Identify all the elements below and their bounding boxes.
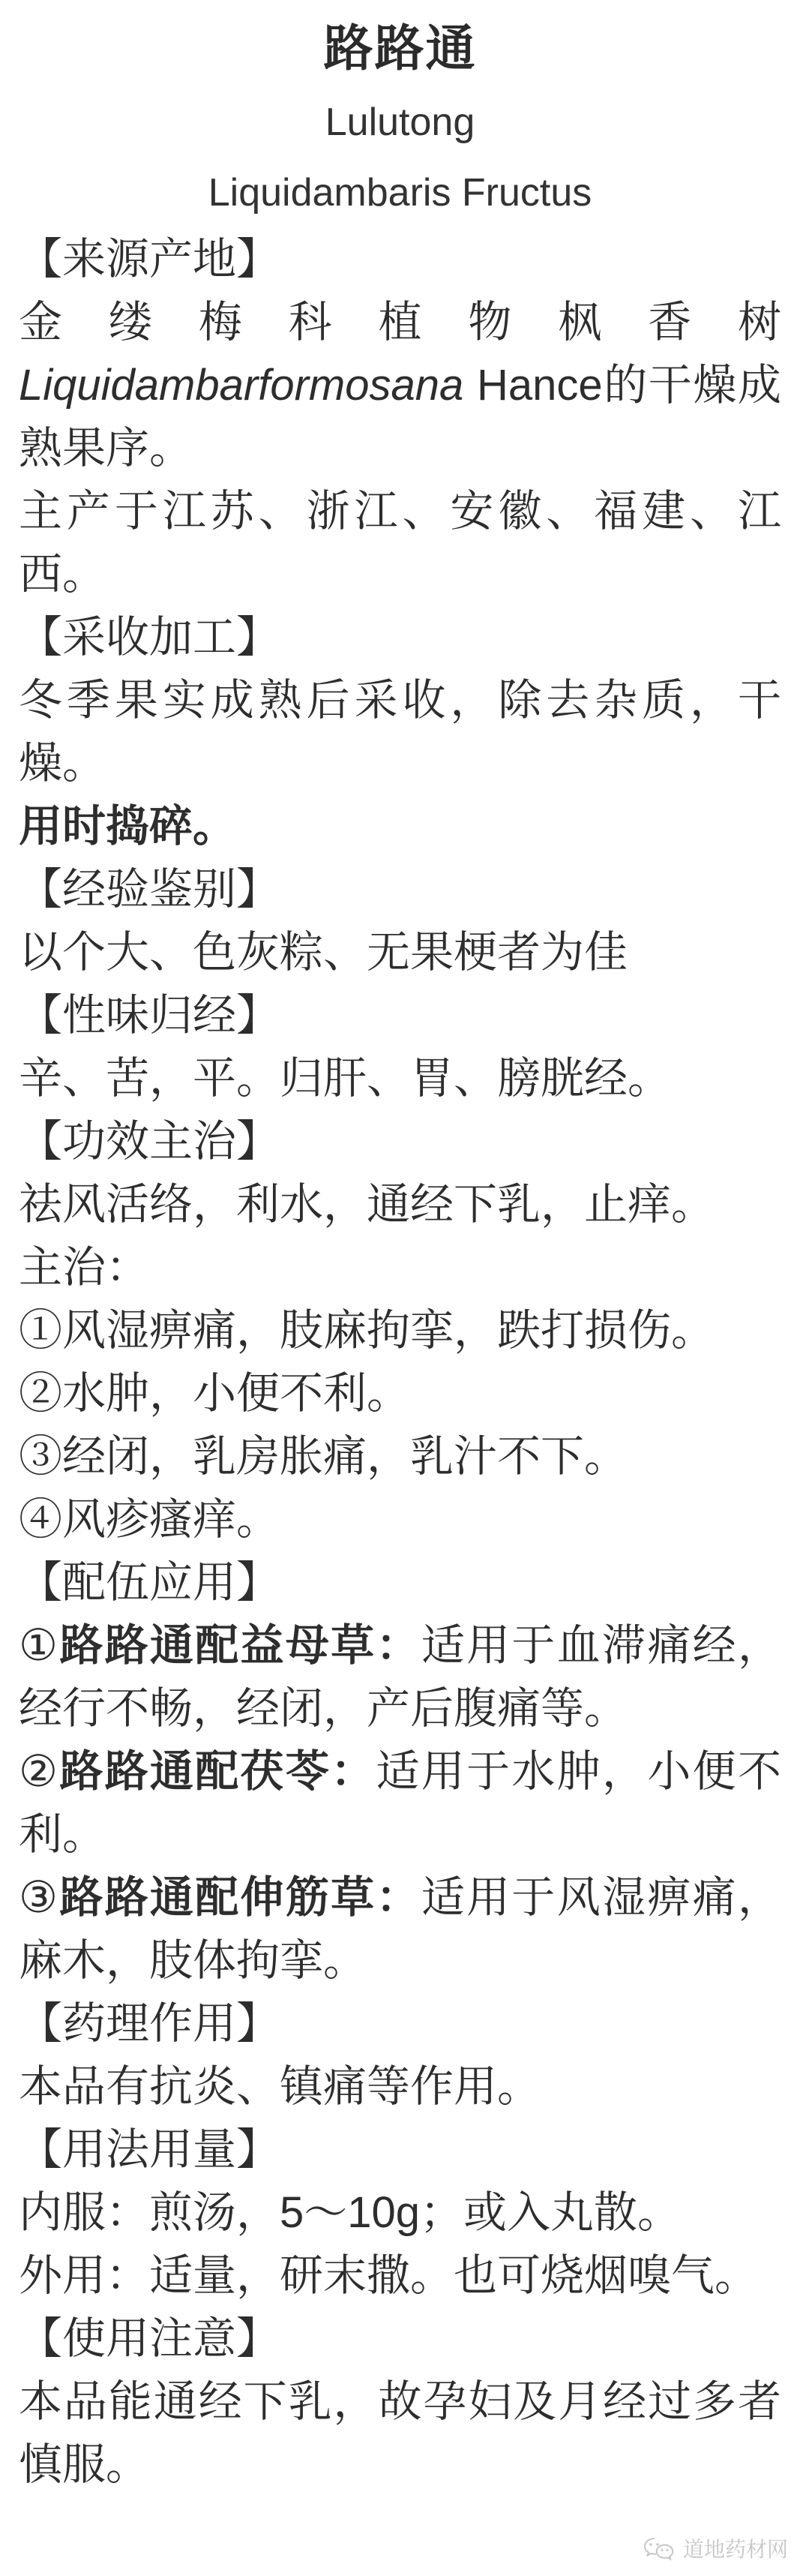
paragraph: 主产于江苏、浙江、安徽、福建、江西。	[19, 480, 781, 606]
section-heading: 【药理作用】	[19, 1992, 781, 2055]
section-heading: 【用法用量】	[19, 2118, 781, 2181]
paragraph: ④风疹瘙痒。	[19, 1488, 781, 1551]
paragraph: 冬季果实成熟后采收，除去杂质，干燥。	[19, 669, 781, 795]
page-title: 路路通	[19, 9, 781, 87]
text-run: 冬季果实成熟后采收，除去杂质，干燥。	[19, 676, 781, 788]
paragraph: 以个大、色灰粽、无果梗者为佳	[19, 921, 781, 984]
page-title-latin: Liquidambaris Fructus	[19, 158, 781, 228]
paragraph: ②路路通配茯苓：适用于水肿，小便不利。	[19, 1740, 781, 1866]
text-run: 金缕梅科植物枫香树	[19, 298, 781, 347]
text-run: 辛、苦，平。归肝、胃、膀胱经。	[19, 1054, 671, 1103]
paragraph: 内服：煎汤，5～10g；或入丸散。	[19, 2181, 781, 2244]
paragraph: 本品能通经下乳，故孕妇及月经过多者慎服。	[19, 2370, 781, 2496]
text-run: ②水肿，小便不利。	[19, 1369, 410, 1418]
text-run: 主治：	[19, 1243, 149, 1292]
paragraph: ①路路通配益母草：适用于血滞痛经，经行不畅，经闭，产后腹痛等。	[19, 1614, 781, 1740]
paragraph: ③路路通配伸筋草：适用于风湿痹痛，麻木，肢体拘挛。	[19, 1866, 781, 1992]
text-run: 以个大、色灰粽、无果梗者为佳	[19, 928, 628, 977]
paragraph: 本品有抗炎、镇痛等作用。	[19, 2055, 781, 2118]
section-heading: 【配伍应用】	[19, 1551, 781, 1614]
paragraph: ③经闭，乳房胀痛，乳汁不下。	[19, 1425, 781, 1488]
wechat-icon	[643, 2537, 676, 2562]
text-run: ③	[19, 1873, 59, 1922]
paragraph: 金缕梅科植物枫香树Liquidambarformosana Hance的干燥成熟…	[19, 291, 781, 480]
text-run: ④风疹瘙痒。	[19, 1495, 280, 1544]
paragraph: 辛、苦，平。归肝、胃、膀胱经。	[19, 1047, 781, 1110]
paragraph: ②水肿，小便不利。	[19, 1362, 781, 1425]
section-heading: 【使用注意】	[19, 2307, 781, 2370]
text-run: 外用：适量，研末撒。也可烧烟嗅气。	[19, 2251, 758, 2300]
watermark-text: 道地药材网	[683, 2537, 788, 2562]
section-heading: 【性味归经】	[19, 984, 781, 1047]
watermark: 道地药材网	[643, 2537, 788, 2562]
italic-run: Liquidambarformosana	[19, 361, 463, 410]
text-run: ③经闭，乳房胀痛，乳汁不下。	[19, 1432, 628, 1481]
paragraph: 祛风活络，利水，通经下乳，止痒。	[19, 1173, 781, 1236]
text-run: 内服：煎汤，5～10g；或入丸散。	[19, 2188, 681, 2237]
section-heading: 【功效主治】	[19, 1110, 781, 1173]
page-title-pinyin: Lulutong	[19, 87, 781, 158]
paragraph: 外用：适量，研末撒。也可烧烟嗅气。	[19, 2244, 781, 2307]
text-run: 本品能通经下乳，故孕妇及月经过多者慎服。	[19, 2377, 781, 2489]
section-heading: 【经验鉴别】	[19, 858, 781, 921]
bold-run: 用时捣碎。	[19, 802, 236, 851]
section-heading: 【采收加工】	[19, 606, 781, 669]
bold-run: 路路通配伸筋草：	[59, 1873, 421, 1922]
text-run: ②	[19, 1747, 59, 1796]
section-heading: 【来源产地】	[19, 228, 781, 291]
text-run: 主产于江苏、浙江、安徽、福建、江西。	[19, 487, 781, 599]
sections: 【来源产地】金缕梅科植物枫香树Liquidambarformosana Hanc…	[19, 228, 781, 2496]
text-run: ①风湿痹痛，肢麻拘挛，跌打损伤。	[19, 1306, 715, 1355]
paragraph: 用时捣碎。	[19, 795, 781, 858]
bold-run: 路路通配茯苓：	[59, 1747, 376, 1796]
text-run: ①	[19, 1621, 59, 1670]
paragraph: ①风湿痹痛，肢麻拘挛，跌打损伤。	[19, 1299, 781, 1362]
paragraph: 主治：	[19, 1236, 781, 1299]
article-page: 路路通 Lulutong Liquidambaris Fructus 【来源产地…	[0, 0, 800, 2576]
text-run: 本品有抗炎、镇痛等作用。	[19, 2062, 541, 2111]
text-run: 祛风活络，利水，通经下乳，止痒。	[19, 1180, 715, 1229]
bold-run: 路路通配益母草：	[59, 1621, 421, 1670]
